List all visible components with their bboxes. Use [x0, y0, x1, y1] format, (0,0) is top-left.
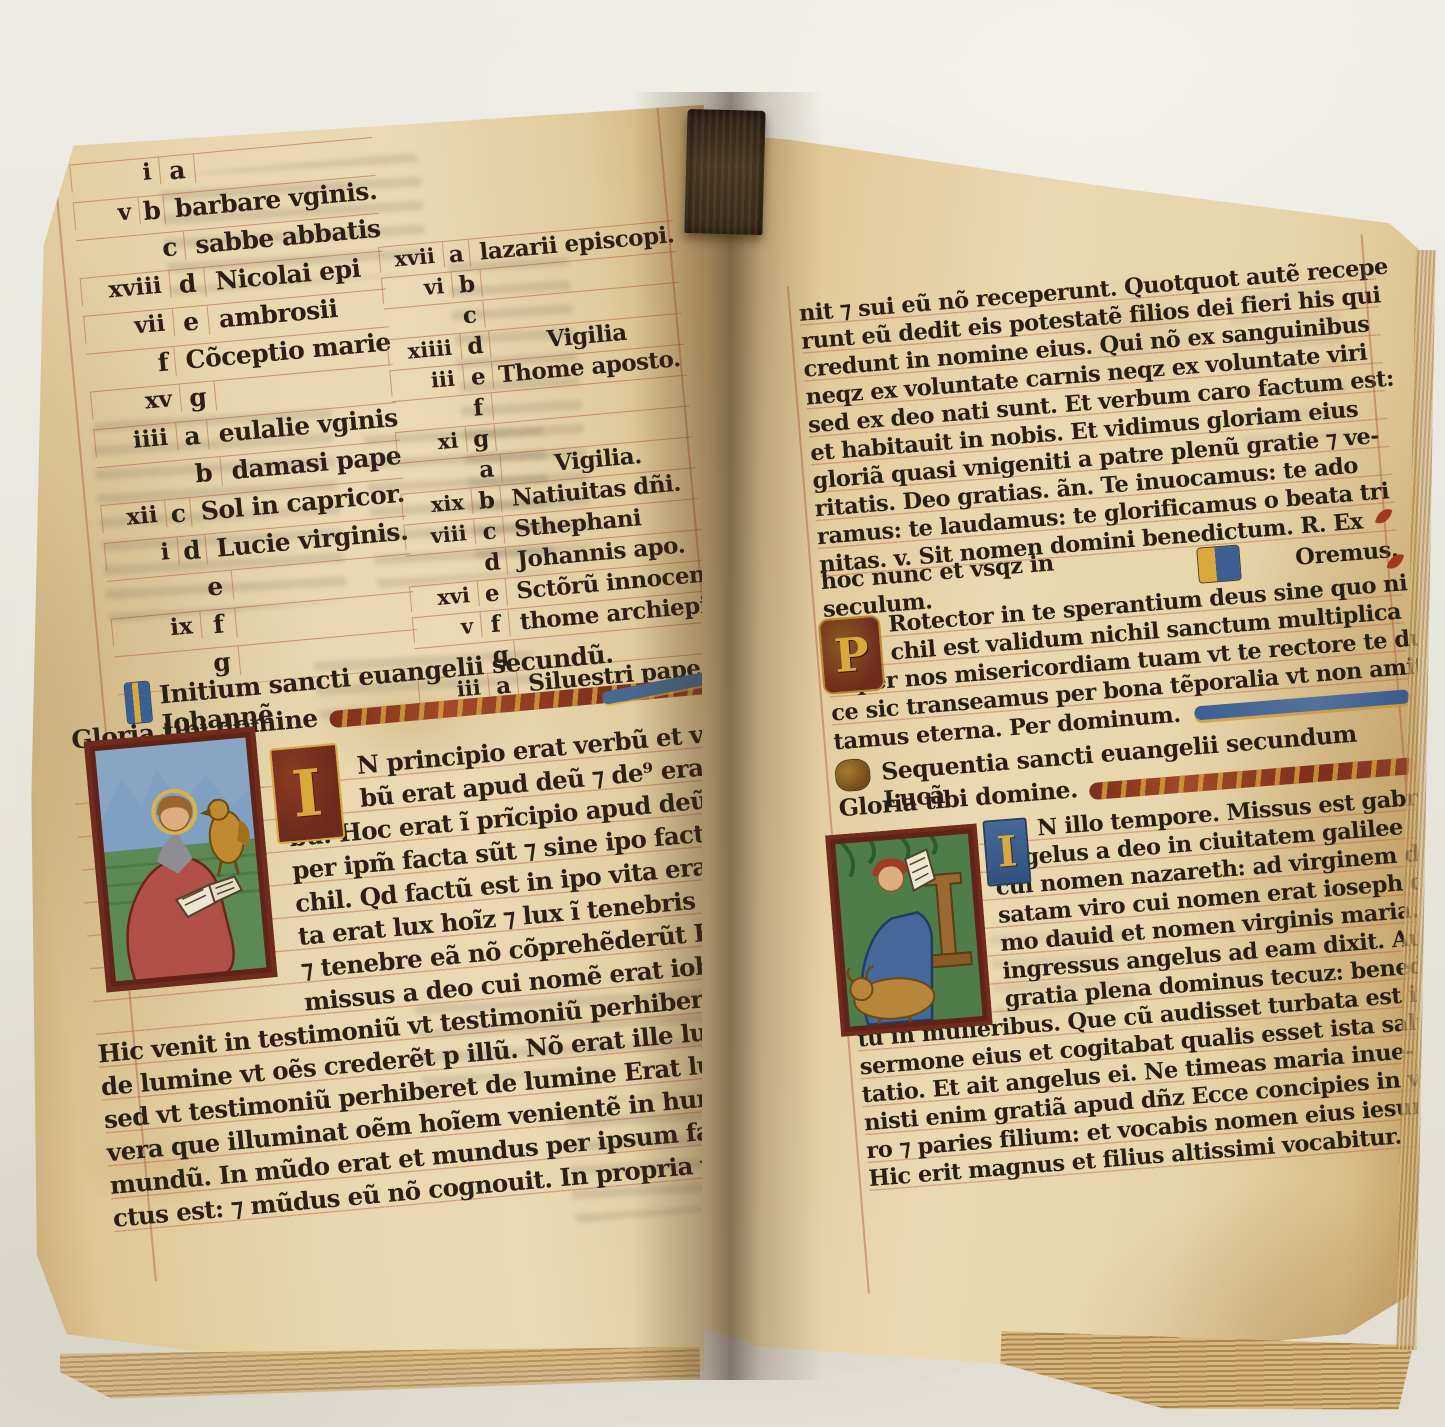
- golden-number: v: [73, 197, 141, 230]
- golden-number: xi: [395, 427, 468, 458]
- dominical-letter: c: [165, 498, 192, 529]
- left-page-vellum: i a v b barbare vginis.: [26, 92, 704, 1370]
- oremus-rubric: Oremus.: [1294, 536, 1399, 572]
- dominical-letter: d: [477, 548, 508, 578]
- dominical-letter: d: [460, 331, 492, 361]
- st-john-woodcut-miniature: [84, 726, 278, 993]
- golden-number: xv: [90, 384, 182, 419]
- golden-number: xii: [100, 500, 167, 533]
- golden-number: viii: [403, 519, 476, 550]
- illuminated-initial-I: I: [269, 743, 345, 845]
- dominical-letter: b: [186, 457, 223, 489]
- dominical-letter: e: [478, 579, 508, 608]
- right-page-content: nit ⁊ sui eũ nõ receperunt. Quotquot aut…: [798, 254, 1445, 1193]
- illuminated-initial-I: I: [982, 817, 1031, 886]
- illuminated-initial-P: P: [818, 614, 886, 695]
- dominical-letter: f: [463, 393, 494, 423]
- golden-number: v: [412, 612, 483, 643]
- dominical-letter: e: [463, 362, 495, 392]
- golden-number: xviii: [80, 271, 172, 306]
- dominical-letter: b: [452, 270, 483, 300]
- evangelist-with-ox-icon: [825, 823, 993, 1037]
- golden-number: iiii: [93, 423, 178, 457]
- illuminated-paraph-icon: [125, 682, 152, 724]
- golden-number: xvi: [409, 581, 480, 612]
- leather-bookmark-tab: [684, 109, 765, 235]
- dominical-letter: a: [176, 420, 210, 452]
- dominical-letter: f: [150, 347, 177, 378]
- golden-number: ix: [111, 612, 203, 647]
- dominical-letter: c: [154, 231, 186, 263]
- dominical-letter: d: [169, 268, 206, 300]
- dominical-letter: e: [197, 571, 234, 603]
- evangelist-with-eagle-icon: [84, 726, 278, 993]
- golden-number: vi: [381, 272, 454, 303]
- dominical-letter: a: [471, 455, 503, 485]
- golden-number: vii: [83, 309, 175, 344]
- feast-name: [232, 570, 242, 571]
- feast-name: [194, 153, 204, 154]
- dominical-letter: d: [177, 535, 208, 566]
- st-luke-woodcut-miniature: [825, 823, 993, 1037]
- golden-number: xiiii: [387, 334, 463, 366]
- photograph-of-open-illuminated-book: i a v b barbare vginis.: [0, 0, 1445, 1427]
- feast-name: [215, 380, 225, 381]
- golden-number: i: [69, 157, 161, 192]
- illuminated-ornament-block: [1197, 545, 1241, 582]
- right-page-vellum: nit ⁊ sui eũ nõ receperunt. Quotquot aut…: [702, 104, 1418, 1372]
- dominical-letter: c: [474, 517, 505, 547]
- gospel-text-john-continued: nit ⁊ sui eũ nõ receperunt. Quotquot aut…: [798, 254, 1397, 579]
- illuminated-paraph-icon: [835, 759, 871, 792]
- dominical-letter: g: [466, 424, 497, 454]
- feast-name: [239, 645, 249, 646]
- left-page-content: i a v b barbare vginis.: [4, 72, 755, 1355]
- dominical-letter: f: [200, 608, 237, 640]
- dominical-letter: a: [443, 240, 471, 269]
- golden-number: iii: [389, 365, 465, 397]
- golden-number: i: [104, 537, 180, 571]
- calendar-column-left: i a v b barbare vginis.: [69, 137, 420, 695]
- dominical-letter: e: [173, 306, 210, 338]
- dominical-letter: f: [481, 610, 511, 639]
- golden-number: xix: [401, 488, 474, 519]
- dominical-letter: b: [472, 486, 503, 516]
- page-block-edge-bottom-right: [999, 1331, 1413, 1417]
- dominical-letter: b: [139, 195, 166, 226]
- gospel-text-luke: I N illo tempore. Missus est gabriel ang…: [841, 784, 1445, 1193]
- feast-name: [235, 607, 245, 608]
- dominical-letter: a: [159, 154, 196, 186]
- golden-number: xvii: [378, 242, 445, 273]
- dominical-letter: g: [180, 381, 217, 413]
- dominical-letter: c: [455, 301, 486, 331]
